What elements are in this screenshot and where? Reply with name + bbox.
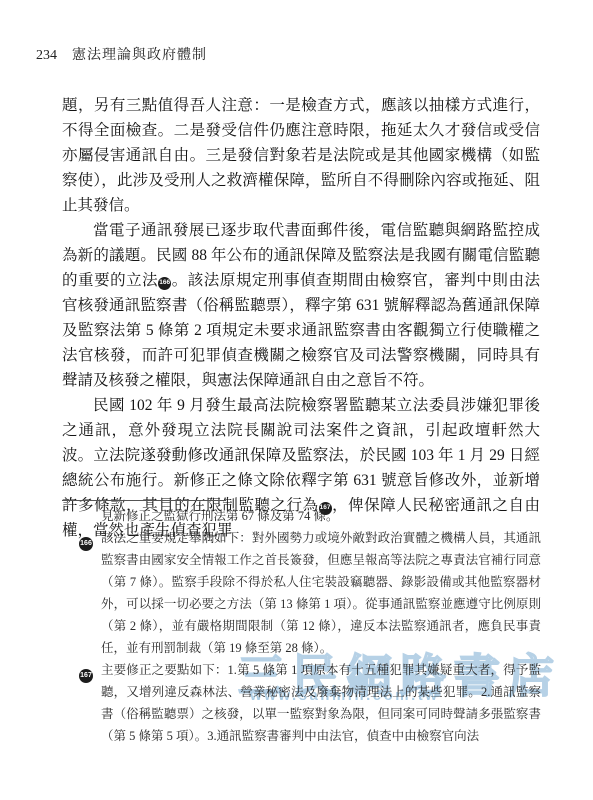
paragraph-1-text: 題，另有三點值得吾人注意：一是檢查方式，應該以抽樣方式進行，不得全面檢查。二是發… (62, 97, 540, 214)
footnote-167-badge-icon: 167 (79, 669, 93, 683)
page-header: 234 憲法理論與政府體制 (36, 44, 207, 64)
book-title: 憲法理論與政府體制 (72, 44, 207, 64)
book-page: 234 憲法理論與政府體制 題，另有三點值得吾人注意：一是檢查方式，應該以抽樣方… (0, 0, 593, 800)
footnote-continuation: 見新修正之監獄行刑法第 67 條及第 74 條。 (101, 505, 541, 527)
footnote-number-badge: 166 (79, 531, 93, 553)
body-text: 題，另有三點值得吾人注意：一是檢查方式，應該以抽樣方式進行，不得全面檢查。二是發… (62, 93, 540, 543)
footnote-text: 主要修正之要點如下：1.第 5 條第 1 項原本有十五種犯罪其嫌疑重大者，得予監… (101, 659, 541, 747)
paragraph-2-text-after: 。該法原規定刑事偵查期間由檢察官，審判中則由法官核發通訊監察書（俗稱監聽票），釋… (62, 272, 540, 389)
footnote-item: 166 該法之重要規定舉隅如下：對外國勢力或境外敵對政治實體之機構人員，其通訊監… (79, 527, 541, 659)
footnote-section: 見新修正之監獄行刑法第 67 條及第 74 條。 166 該法之重要規定舉隅如下… (79, 505, 541, 747)
footnote-marker-166-icon: 166 (158, 277, 171, 290)
footnote-number-badge: 167 (79, 663, 93, 685)
footnote-text: 該法之重要規定舉隅如下：對外國勢力或境外敵對政治實體之機構人員，其通訊監察書由國… (101, 527, 541, 659)
paragraph-2: 當電子通訊發展已逐步取代書面郵件後，電信監聽與網路監控成為新的議題。民國 88 … (62, 218, 540, 393)
footnote-item: 167 主要修正之要點如下：1.第 5 條第 1 項原本有十五種犯罪其嫌疑重大者… (79, 659, 541, 747)
paragraph-1: 題，另有三點值得吾人注意：一是檢查方式，應該以抽樣方式進行，不得全面檢查。二是發… (62, 93, 540, 218)
footnote-166-badge-icon: 166 (79, 537, 93, 551)
page-number: 234 (36, 48, 57, 64)
footnote-separator (62, 500, 226, 501)
